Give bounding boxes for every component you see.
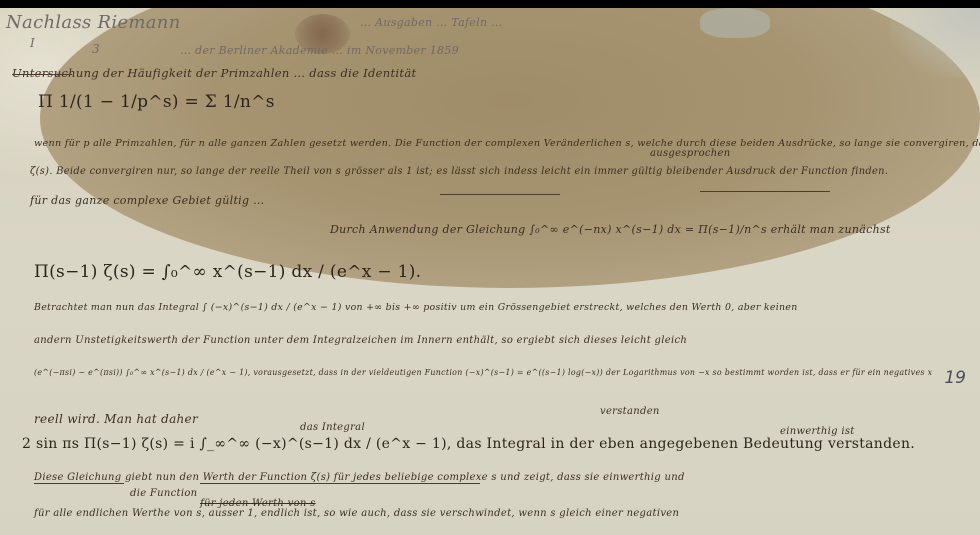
manuscript-line-13: Diese Gleichung giebt nun den Werth der … xyxy=(34,472,685,483)
annotation-3: die Function xyxy=(130,488,197,499)
manuscript-line-1: Untersuchung der Häufigkeit der Primzahl… xyxy=(12,66,416,80)
annotation-2: das Integral xyxy=(300,422,365,433)
strikethrough-mark xyxy=(34,483,124,484)
manuscript-line-8: Betrachtet man nun das Integral ∫ (−x)^(… xyxy=(34,302,798,313)
header-line-1: … Ausgaben … Tafeln … xyxy=(360,16,502,29)
annotation-6: einwerthig ist xyxy=(780,426,855,437)
corner-stain xyxy=(890,8,980,78)
header-title: Nachlass Riemann xyxy=(6,12,181,33)
strikethrough-mark xyxy=(200,483,480,484)
annotation-5: verstanden xyxy=(600,406,660,417)
manuscript-line-3: wenn für p alle Primzahlen, für n alle g… xyxy=(34,138,980,149)
manuscript-line-14: für alle endlichen Werthe von s, ausser … xyxy=(34,508,679,519)
manuscript-line-6: Durch Anwendung der Gleichung ∫₀^∞ e^(−n… xyxy=(330,223,891,236)
manuscript-line-9: andern Unstetigkeitswerth der Function u… xyxy=(34,335,687,346)
zeta-integral-formula: Π(s−1) ζ(s) = ∫₀^∞ x^(s−1) dx / (e^x − 1… xyxy=(34,262,421,282)
header-line-2: … der Berliner Akademie … im November 18… xyxy=(180,44,459,57)
euler-product-formula: Π 1/(1 − 1/p^s) = Σ 1/n^s xyxy=(38,92,275,112)
page-number: 19 xyxy=(944,368,966,388)
annotation-1: ausgesprochen xyxy=(650,148,731,159)
annotation-4: für jeden Werth von s xyxy=(200,498,316,509)
underline-mark xyxy=(700,191,830,192)
folio-mark-2: 3 xyxy=(92,42,100,56)
manuscript-line-5: für das ganze complexe Gebiet gültig … xyxy=(30,194,264,207)
gray-patch xyxy=(700,8,770,38)
manuscript-line-10: (e^(−πsi) − e^(πsi)) ∫₀^∞ x^(s−1) dx / (… xyxy=(34,368,932,377)
reflection-formula: 2 sin πs Π(s−1) ζ(s) = i ∫_∞^∞ (−x)^(s−1… xyxy=(22,436,915,452)
folio-mark-1: I xyxy=(30,36,35,50)
manuscript-line-11: reell wird. Man hat daher xyxy=(34,412,198,426)
strikethrough-mark xyxy=(440,194,560,195)
manuscript-line-4: ζ(s). Beide convergiren nur, so lange de… xyxy=(30,166,888,177)
manuscript-page: Nachlass Riemann I 3 … Ausgaben … Tafeln… xyxy=(0,8,980,535)
strikethrough-mark xyxy=(12,74,72,75)
